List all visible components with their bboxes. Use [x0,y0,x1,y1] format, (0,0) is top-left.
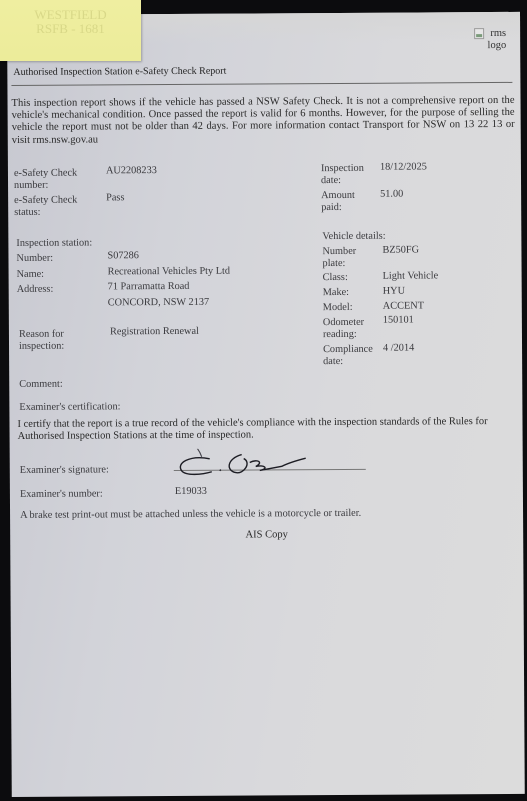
certification-text: I certify that the report is a true reco… [17,416,514,443]
station-heading: Inspection station: [16,237,92,249]
model-label: Model: [323,302,353,314]
odometer-label: Odometer reading: [323,317,379,341]
inspection-date-label: Inspection date: [321,163,373,187]
compliance-value: 4 /2014 [383,343,414,355]
make-label: Make: [323,287,349,299]
intro-paragraph: This inspection report shows if the vehi… [12,95,515,147]
class-label: Class: [323,272,348,284]
station-name-value: Recreational Vehicles Pty Ltd [108,266,231,278]
certification-heading: Examiner's certification: [19,401,120,413]
station-name-label: Name: [17,269,45,281]
model-value: ACCENT [383,300,424,312]
check-status-label: e-Safety Check status: [14,194,94,218]
logo-alt-line2: logo [474,40,506,52]
check-number-label: e-Safety Check number: [14,167,94,191]
rms-logo: rms logo [474,28,506,52]
signature-label: Examiner's signature: [20,464,109,476]
sticky-note-faint-text: WESTFIELD RSFB - 1681 [34,7,106,36]
station-address-line1: 71 Parramatta Road [108,281,190,293]
odometer-value: 150101 [383,315,414,327]
logo-alt-line1: rms [490,28,506,39]
plate-value: BZ50FG [382,244,419,256]
inspection-date-value: 18/12/2025 [380,161,427,173]
reason-value: Registration Renewal [110,326,199,338]
compliance-label: Compliance date: [323,344,381,368]
station-number-value: S07286 [107,250,139,262]
make-value: HYU [383,286,405,298]
divider [11,82,512,86]
sticky-note: WESTFIELD RSFB - 1681 [0,0,141,61]
comment-label: Comment: [19,379,63,391]
amount-paid-label: Amount paid: [321,190,373,214]
plate-label: Number plate: [322,246,372,269]
reason-label: Reason for inspection: [19,329,81,353]
page-title: Authorised Inspection Station e-Safety C… [13,66,226,78]
check-number-value: AU2208233 [106,165,157,177]
station-address-label: Address: [17,284,54,296]
report-paper: rms logo Authorised Inspection Station e… [7,12,525,797]
examiner-signature [172,448,372,479]
station-address-line2: CONCORD, NSW 2137 [108,297,209,309]
class-value: Light Vehicle [383,270,439,282]
brake-test-note: A brake test print-out must be attached … [20,508,361,522]
amount-paid-value: 51.00 [380,189,403,201]
vehicle-heading: Vehicle details: [322,231,385,243]
examiner-number-value: E19033 [175,486,207,498]
broken-image-icon [474,28,484,39]
check-status-value: Pass [106,192,124,204]
ais-copy-label: AIS Copy [10,528,523,542]
station-number-label: Number: [16,253,53,265]
examiner-number-label: Examiner's number: [20,488,103,500]
